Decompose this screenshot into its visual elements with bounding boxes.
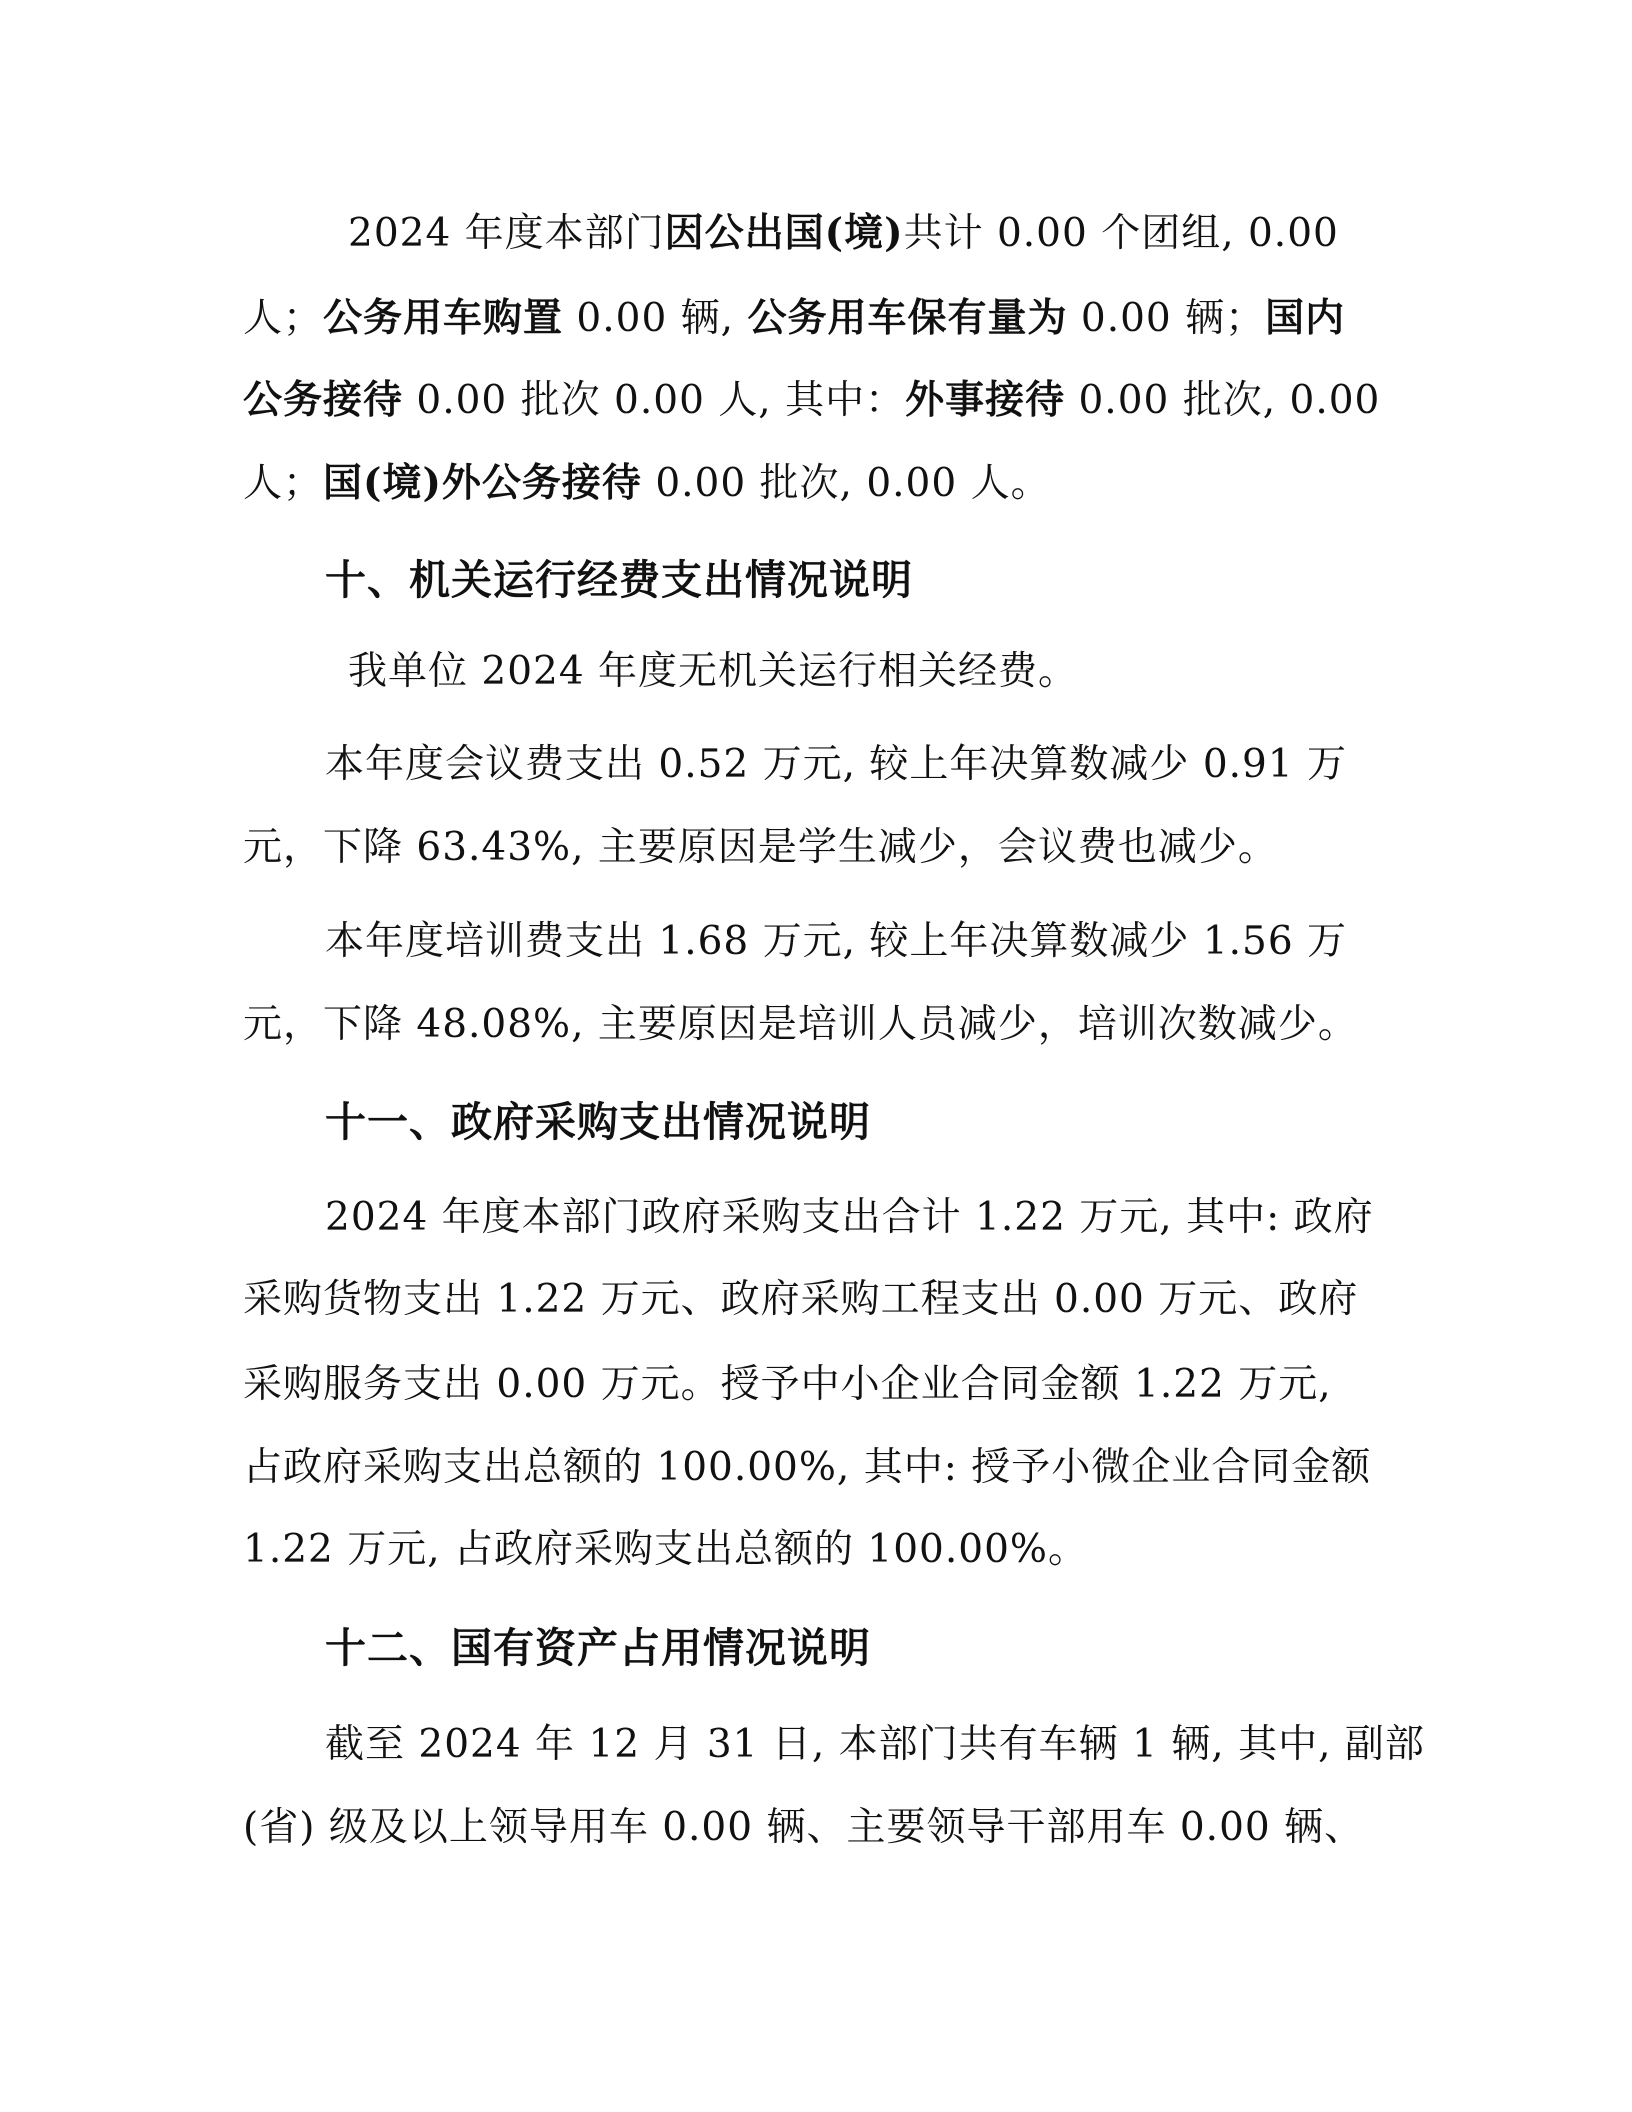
emphasized-term: 国内 xyxy=(1265,295,1345,341)
section-heading-12: 十二、国有资产占用情况说明 xyxy=(325,1622,871,1674)
text-segment: 0.00 辆； xyxy=(1067,296,1265,341)
paragraph-procurement-line: 1.22 万元, 占政府采购支出总额的 100.00%。 xyxy=(243,1524,1088,1576)
emphasized-term: 国(境)外公务接待 xyxy=(323,460,642,506)
section-heading-11: 十一、政府采购支出情况说明 xyxy=(325,1096,871,1148)
paragraph-procurement-line: 采购服务支出 0.00 万元。授予中小企业合同金额 1.22 万元, xyxy=(243,1359,1332,1411)
text-segment: 0.00 辆, xyxy=(563,296,747,341)
paragraph-procurement-line: 采购货物支出 1.22 万元、政府采购工程支出 0.00 万元、政府 xyxy=(243,1274,1358,1326)
paragraph-assets-line: (省) 级及以上领导用车 0.00 辆、主要领导干部用车 0.00 辆、 xyxy=(243,1802,1364,1854)
text-segment: 人； xyxy=(243,296,323,341)
emphasized-term: 公务用车保有量为 xyxy=(747,295,1067,341)
paragraph-line: 人；国(境)外公务接待 0.00 批次, 0.00 人。 xyxy=(243,457,1051,510)
text-segment: 0.00 批次, 0.00 人。 xyxy=(642,461,1051,506)
emphasized-term: 公务用车购置 xyxy=(323,295,563,341)
paragraph-training-fee-line: 本年度培训费支出 1.68 万元, 较上年决算数减少 1.56 万 xyxy=(325,916,1347,968)
text-segment: 0.00 批次, 0.00 xyxy=(1065,378,1380,423)
text-segment: 0.00 批次 0.00 人, 其中： xyxy=(403,378,905,423)
section-heading-10: 十、机关运行经费支出情况说明 xyxy=(325,554,913,606)
text-segment: 共计 0.00 个团组, 0.00 xyxy=(904,211,1339,256)
emphasized-term: 因公出国(境) xyxy=(665,210,904,256)
text-segment: 人； xyxy=(243,461,323,506)
paragraph-training-fee-line: 元，下降 48.08%, 主要原因是培训人员减少，培训次数减少。 xyxy=(243,999,1358,1051)
paragraph-meeting-fee-line: 元，下降 63.43%, 主要原因是学生减少，会议费也减少。 xyxy=(243,822,1278,874)
paragraph-line: 2024 年度本部门因公出国(境)共计 0.00 个团组, 0.00 xyxy=(348,207,1339,260)
paragraph-no-operating-cost: 我单位 2024 年度无机关运行相关经费。 xyxy=(348,646,1078,698)
paragraph-procurement-line: 2024 年度本部门政府采购支出合计 1.22 万元, 其中: 政府 xyxy=(325,1192,1374,1244)
paragraph-assets-line: 截至 2024 年 12 月 31 日, 本部门共有车辆 1 辆, 其中, 副部 xyxy=(325,1719,1425,1771)
paragraph-line: 人；公务用车购置 0.00 辆, 公务用车保有量为 0.00 辆；国内 xyxy=(243,292,1345,345)
text-segment: 2024 年度本部门 xyxy=(348,211,665,256)
paragraph-line: 公务接待 0.00 批次 0.00 人, 其中：外事接待 0.00 批次, 0.… xyxy=(243,374,1380,427)
emphasized-term: 公务接待 xyxy=(243,377,403,423)
emphasized-term: 外事接待 xyxy=(905,377,1065,423)
paragraph-procurement-line: 占政府采购支出总额的 100.00%, 其中: 授予小微企业合同金额 xyxy=(243,1442,1371,1494)
paragraph-meeting-fee-line: 本年度会议费支出 0.52 万元, 较上年决算数减少 0.91 万 xyxy=(325,739,1347,791)
